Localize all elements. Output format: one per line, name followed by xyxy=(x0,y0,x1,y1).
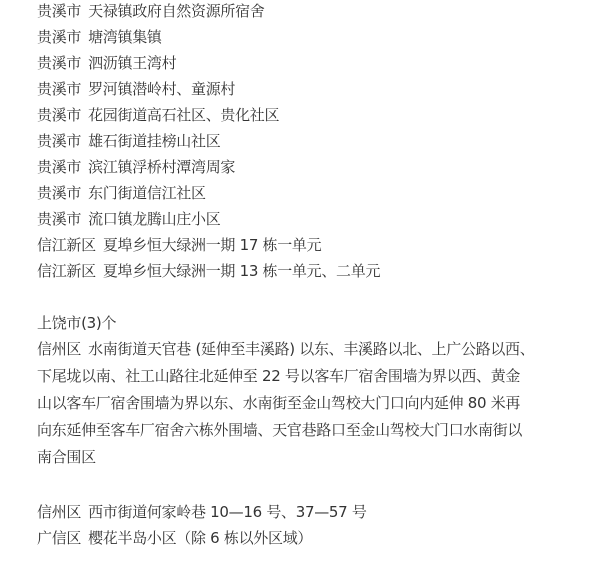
location-text: 天禄镇政府自然资源所宿舍 xyxy=(88,2,264,20)
district-name: 信江新区 xyxy=(37,262,96,280)
district-name: 贵溪市 xyxy=(37,106,81,124)
list-item: 贵溪市东门街道信江社区 xyxy=(37,180,587,206)
list-item: 贵溪市滨江镇浮桥村潭湾周家 xyxy=(37,154,587,180)
district-name: 贵溪市 xyxy=(37,80,81,98)
district-name: 信州区 xyxy=(37,503,81,521)
list-item: 贵溪市塘湾镇集镇 xyxy=(37,24,587,50)
district-name: 贵溪市 xyxy=(37,2,81,20)
location-text: 塘湾镇集镇 xyxy=(88,28,162,46)
paragraph-line: 下尾垅以南、社工山路往北延伸至 22 号以客车厂宿舍围墙为界以西、黄金 xyxy=(37,363,582,390)
district-name: 贵溪市 xyxy=(37,132,81,150)
list-item: 信江新区夏埠乡恒大绿洲一期 13 栋一单元、二单元 xyxy=(37,258,587,284)
district-name: 贵溪市 xyxy=(37,210,81,228)
location-text: 西市街道何家岭巷 10—16 号、37—57 号 xyxy=(88,503,366,521)
location-text: 夏埠乡恒大绿洲一期 13 栋一单元、二单元 xyxy=(103,262,380,280)
district-name: 贵溪市 xyxy=(37,158,81,176)
list-item: 贵溪市花园街道高石社区、贵化社区 xyxy=(37,102,587,128)
paragraph-line: 信州区水南街道天官巷 (延伸至丰溪路) 以东、丰溪路以北、上广公路以西、 xyxy=(37,336,582,363)
list-item: 广信区樱花半岛小区（除 6 栋以外区域） xyxy=(37,525,587,551)
list-item: 贵溪市天禄镇政府自然资源所宿舍 xyxy=(37,0,587,24)
district-name: 贵溪市 xyxy=(37,184,81,202)
paragraph-line: 南合围区 xyxy=(37,444,582,471)
district-name: 贵溪市 xyxy=(37,28,81,46)
location-text: 樱花半岛小区（除 6 栋以外区域） xyxy=(88,529,312,547)
list-item: 信州区西市街道何家岭巷 10—16 号、37—57 号 xyxy=(37,499,587,525)
document-body: 贵溪市天禄镇政府自然资源所宿舍 贵溪市塘湾镇集镇 贵溪市泗沥镇王湾村 贵溪市罗河… xyxy=(37,0,587,551)
location-text: 泗沥镇王湾村 xyxy=(88,54,176,72)
district-name: 广信区 xyxy=(37,529,81,547)
location-text: 花园街道高石社区、贵化社区 xyxy=(88,106,279,124)
list-item: 信江新区夏埠乡恒大绿洲一期 17 栋一单元 xyxy=(37,232,587,258)
list-item: 贵溪市罗河镇潜岭村、童源村 xyxy=(37,76,587,102)
paragraph-line: 山以客车厂宿舍围墙为界以东、水南街至金山驾校大门口向内延伸 80 米再 xyxy=(37,390,582,417)
spacer xyxy=(37,284,587,310)
area-description-paragraph: 信州区水南街道天官巷 (延伸至丰溪路) 以东、丰溪路以北、上广公路以西、 下尾垅… xyxy=(37,336,582,471)
district-name: 信州区 xyxy=(37,340,81,358)
list-item: 贵溪市流口镇龙腾山庄小区 xyxy=(37,206,587,232)
list-item: 贵溪市泗沥镇王湾村 xyxy=(37,50,587,76)
paragraph-text: 水南街道天官巷 (延伸至丰溪路) 以东、丰溪路以北、上广公路以西、 xyxy=(88,340,534,358)
location-text: 东门街道信江社区 xyxy=(88,184,206,202)
section-heading: 上饶市(3)个 xyxy=(37,310,587,336)
district-name: 贵溪市 xyxy=(37,54,81,72)
location-text: 滨江镇浮桥村潭湾周家 xyxy=(88,158,235,176)
list-item: 贵溪市雄石街道挂榜山社区 xyxy=(37,128,587,154)
paragraph-line: 向东延伸至客车厂宿舍六栋外围墙、天官巷路口至金山驾校大门口水南街以 xyxy=(37,417,582,444)
location-text: 雄石街道挂榜山社区 xyxy=(88,132,220,150)
spacer xyxy=(37,471,587,499)
location-text: 夏埠乡恒大绿洲一期 17 栋一单元 xyxy=(103,236,322,254)
location-text: 罗河镇潜岭村、童源村 xyxy=(88,80,235,98)
location-text: 流口镇龙腾山庄小区 xyxy=(88,210,220,228)
district-name: 信江新区 xyxy=(37,236,96,254)
